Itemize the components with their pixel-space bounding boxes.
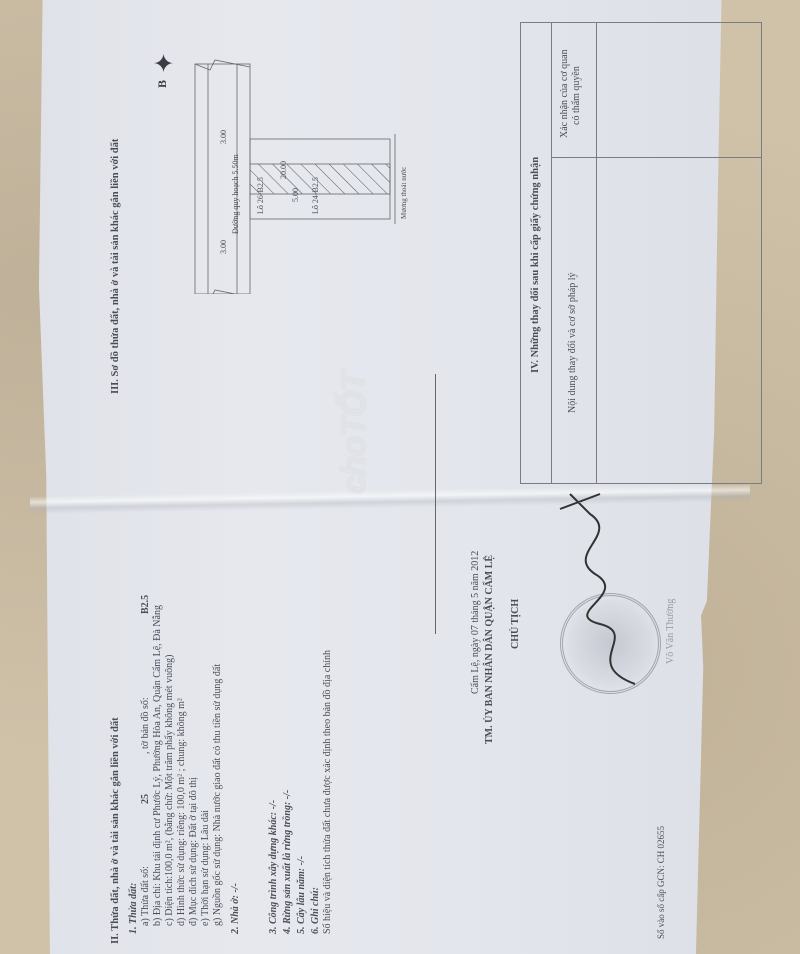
map-sheet-label: , tờ bản đồ số:	[140, 697, 152, 754]
changes-table-title-row: IV. Những thay đổi sau khi cấp giấy chứn…	[521, 23, 552, 483]
road-width-left: 3.00	[218, 240, 230, 254]
notes-heading: 6. Ghi chú:	[310, 887, 322, 934]
compass-rose: B ✦	[150, 52, 180, 74]
purpose: đ) Mục đích sử dụng: Đất ở tại đô thị	[188, 777, 200, 926]
other-construction: 3. Công trình xây dựng khác: -/-	[268, 800, 280, 934]
section2-title: II. Thửa đất, nhà ở và tài sản khác gắn …	[110, 717, 122, 944]
parcel-label: a) Thửa đất số:	[140, 866, 152, 926]
map-sheet-number: B2.5	[140, 595, 152, 614]
lot-length: 20.00	[278, 161, 290, 179]
changes-table: IV. Những thay đổi sau khi cấp giấy chứn…	[520, 22, 762, 484]
notes-text: Số hiệu và diện tích thửa đất chưa được …	[322, 650, 334, 934]
col-change-content: Nội dung thay đổi và cơ sở pháp lý	[567, 272, 579, 413]
col-authority-line2: có thẩm quyền	[571, 66, 583, 125]
address: b) Địa chỉ: Khu tái định cư Phước Lý, Ph…	[152, 605, 164, 926]
house: 2. Nhà ở: -/-	[230, 883, 242, 934]
origin: g) Nguồn gốc sử dụng: Nhà nước giao đất …	[212, 664, 224, 926]
rear-drain-label: Mương thoát nước	[398, 167, 410, 219]
lot-north: Lô 26-B2.5	[255, 177, 267, 214]
road-label: Đường quy hoạch 5.50m	[230, 154, 242, 234]
registry-number: Số vào sổ cấp GCN: CH 02655	[655, 826, 667, 939]
signature-line	[435, 374, 436, 634]
handwritten-signature	[540, 464, 660, 724]
signature-block: Cẩm Lệ, ngày 07 tháng 5 năm 2012 TM. ỦY …	[470, 444, 690, 784]
issuing-org: TM. ỦY BAN NHÂN DÂN QUẬN CẨM LỆ	[484, 555, 496, 744]
perennial: 5. Cây lâu năm: -/-	[296, 856, 308, 934]
forest: 4. Rừng sản xuất là rừng trồng: -/-	[282, 790, 294, 934]
lot-south: Lô 24-B2.5	[310, 177, 322, 214]
place-date: Cẩm Lệ, ngày 07 tháng 5 năm 2012	[470, 551, 482, 694]
compass-star-icon: ✦	[150, 52, 179, 74]
document-content: II. Thửa đất, nhà ở và tài sản khác gắn …	[0, 0, 800, 954]
area: c) Diện tích:100,0 m², (bằng chữ: Một tr…	[164, 655, 176, 926]
land-heading: 1. Thửa đất:	[128, 883, 140, 934]
changes-table-header-row: Nội dung thay đổi và cơ sở pháp lý Xác n…	[551, 23, 597, 483]
usage-form: d) Hình thức sử dụng: riêng: 100,0 m² ; …	[176, 698, 188, 926]
compass-label: B	[156, 80, 168, 88]
section3-title: III. Sơ đồ thửa đất, nhà ở và tài sản kh…	[110, 139, 122, 394]
signer-role: CHỦ TỊCH	[510, 599, 522, 649]
table-column-divider	[551, 157, 761, 158]
section4-title: IV. Những thay đổi sau khi cấp giấy chứn…	[530, 157, 542, 373]
chotot-watermark: choTỐT	[335, 372, 374, 494]
parcel-number: 25	[140, 794, 152, 804]
duration: e) Thời hạn sử dụng: Lâu dài	[200, 810, 212, 926]
signer-name: Võ Văn Thường	[665, 599, 677, 664]
parcel-sketch	[190, 54, 420, 294]
col-authority-line1: Xác nhận của cơ quan	[559, 49, 571, 138]
lot-width: 5.00	[290, 188, 302, 202]
road-width-right: 3.00	[218, 130, 230, 144]
